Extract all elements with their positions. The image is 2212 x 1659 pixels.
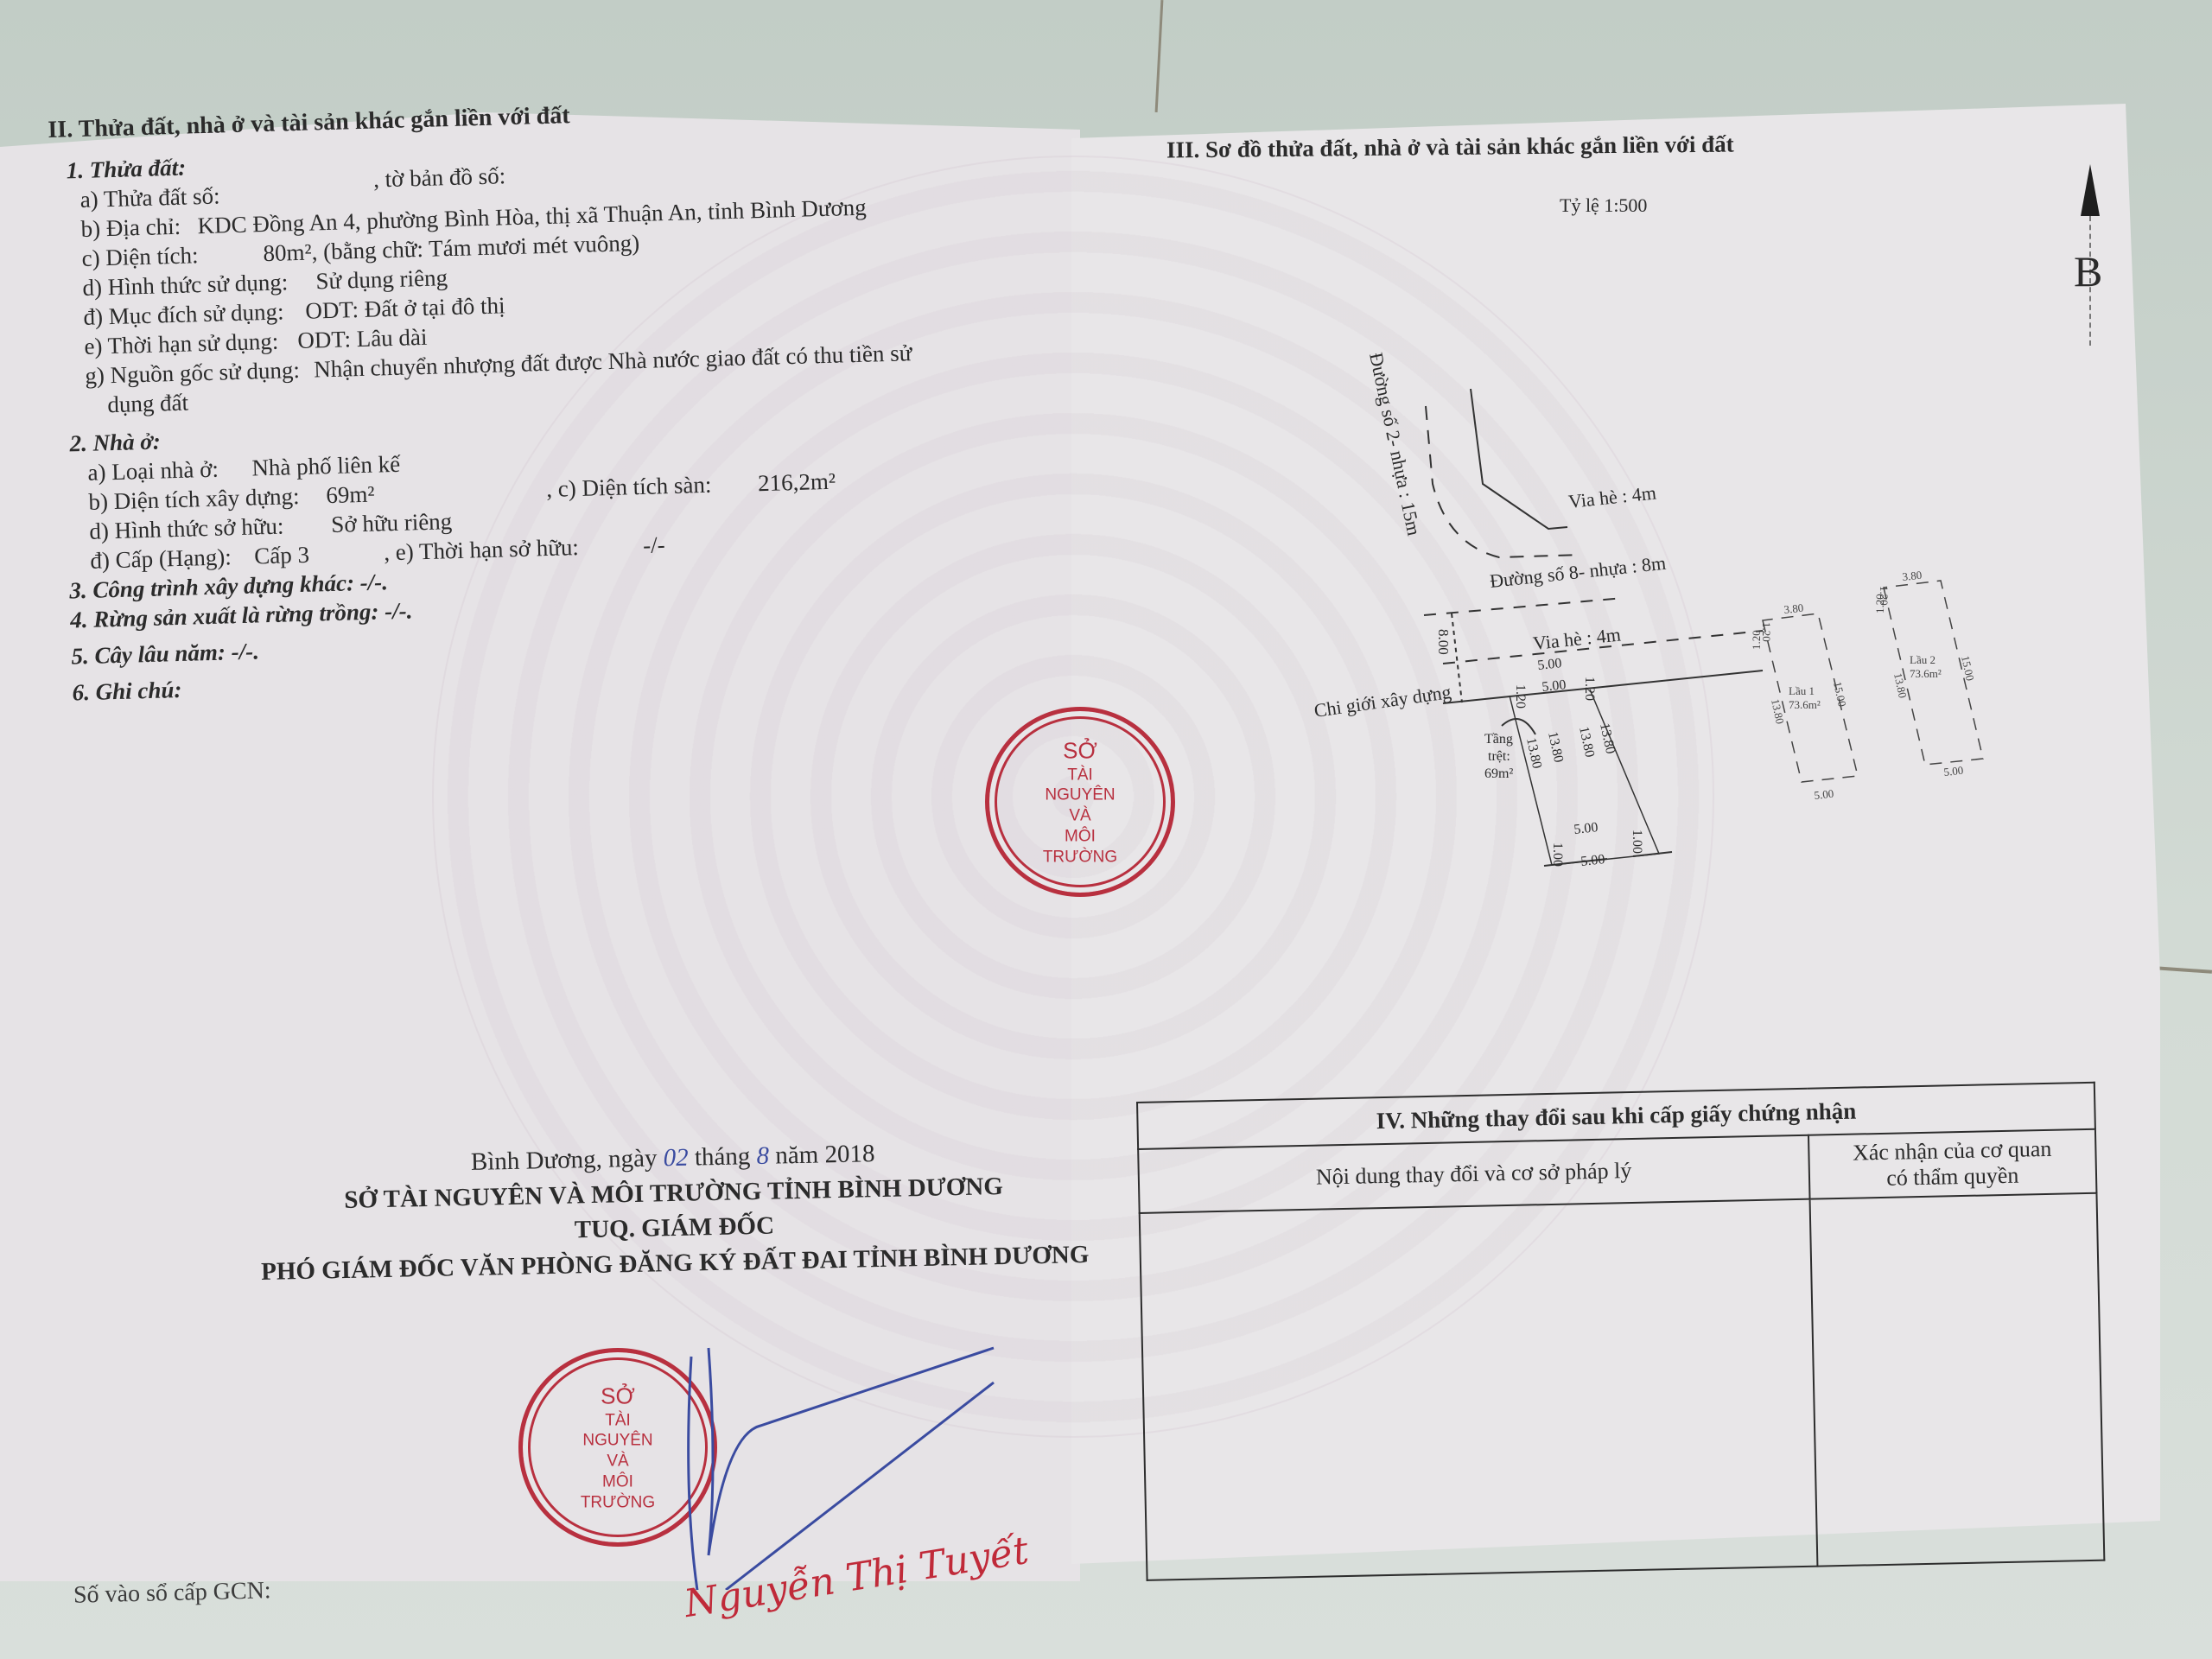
building-line-label: Chi giới xây dựng <box>1313 681 1452 721</box>
dim: 1.20 <box>1513 684 1528 709</box>
date-year: năm 2018 <box>775 1140 875 1169</box>
floor-area-label: , c) Diện tích sàn: <box>546 472 712 503</box>
setback-dim: 8.00 <box>1435 629 1452 655</box>
col2-line2: có thẩm quyền <box>1886 1163 2019 1191</box>
floor2-label: Lầu 2 <box>1910 653 1935 666</box>
north-arrow-icon <box>2081 164 2100 216</box>
purpose-value: ODT: Đất ở tại đô thị <box>305 292 505 324</box>
signature-block: Bình Dương, ngày 02 tháng 8 năm 2018 SỞ … <box>214 1131 1133 1291</box>
gf-label-3: 69m² <box>1484 766 1513 781</box>
floor2-area: 73.6m² <box>1910 667 1942 680</box>
term-label: e) Thời hạn sử dụng: <box>84 328 279 360</box>
gf-label-1: Tầng <box>1484 732 1513 747</box>
month-label: tháng <box>695 1142 751 1171</box>
seal-line: SỞ <box>570 1382 665 1410</box>
dim: 5.00 <box>1814 787 1834 802</box>
area-label: c) Diện tích: <box>81 242 199 272</box>
dim: 1.20 <box>1873 594 1886 613</box>
authority-confirm-cell <box>1809 1193 2104 1567</box>
change-content-cell <box>1140 1199 1817 1580</box>
dim: 13.80 <box>1769 698 1787 726</box>
dim: 1.00 <box>1630 829 1644 854</box>
dim: 5.00 <box>1573 820 1599 837</box>
notes: 6. Ghi chú: <box>72 677 182 707</box>
use-form-label: d) Hình thức sử dụng: <box>82 269 289 302</box>
house-type-value: Nhà phố liên kế <box>251 451 401 482</box>
north-label: B <box>2074 246 2102 296</box>
ownership-label: d) Hình thức sở hữu: <box>89 513 284 545</box>
grade-value: Cấp 3 <box>254 542 310 570</box>
date-day: 02 <box>663 1144 689 1173</box>
house-heading: 2. Nhà ở: <box>69 429 161 458</box>
ownership-value: Sở hữu riêng <box>331 508 453 538</box>
seal-line: TÀI NGUYÊN VÀ <box>1035 765 1126 826</box>
floor1-label: Lầu 1 <box>1789 684 1815 697</box>
land-heading: 1. Thửa đất: <box>66 155 186 185</box>
house-type-label: a) Loại nhà ở: <box>87 456 219 486</box>
dim: 3.80 <box>1902 569 1923 583</box>
seal-line: TÀI NGUYÊN VÀ <box>570 1410 665 1471</box>
road-8-label: Đường số 8- nhựa : 8m <box>1489 552 1667 592</box>
dim: 13.80 <box>1597 721 1618 755</box>
address-label: b) Địa chỉ: <box>80 213 181 243</box>
dim: 13.80 <box>1576 725 1597 759</box>
perennial: 5. Cây lâu năm: -/-. <box>71 638 259 670</box>
road-2-label: Đường số 2- nhựa : 15m <box>1365 351 1425 537</box>
floor-area-value: 216,2m² <box>758 468 836 497</box>
grade-label: đ) Cấp (Hạng): <box>90 543 232 575</box>
sidewalk-lot-label: Via hè : 4m <box>1532 623 1622 654</box>
dim: 5.00 <box>1541 677 1567 695</box>
term-value: ODT: Lâu dài <box>297 324 428 354</box>
map-sheet-label: , tờ bản đồ số: <box>373 162 506 193</box>
dim: 1.00 <box>1550 842 1565 867</box>
map-scale: Tỷ lệ 1:500 <box>1560 194 1647 217</box>
col2-line1: Xác nhận của cơ quan <box>1853 1136 2052 1166</box>
own-term-label: , e) Thời hạn sở hữu: <box>384 534 579 566</box>
dim: 3.80 <box>1783 601 1804 616</box>
sidewalk-top-label: Via hè : 4m <box>1567 481 1657 512</box>
dim: 5.00 <box>1537 656 1563 673</box>
gf-label-2: trệt: <box>1488 749 1510 764</box>
dim: 5.00 <box>1580 852 1606 869</box>
parcel-diagram: Đường số 2- nhựa : 15m Đường số 8- nhựa … <box>1279 328 1987 899</box>
seal-center-text: SỞ TÀI NGUYÊN VÀ MÔI TRƯỜNG <box>1035 736 1126 867</box>
seal-line: MÔI TRƯỜNG <box>570 1471 665 1513</box>
official-seal-center: SỞ TÀI NGUYÊN VÀ MÔI TRƯỜNG <box>985 707 1175 897</box>
dim: 5.00 <box>1943 764 1964 779</box>
own-term-value: -/- <box>643 531 665 559</box>
purpose-label: đ) Mục đích sử dụng: <box>83 298 284 330</box>
dim: 13.80 <box>1545 730 1566 764</box>
seal-sig-text: SỞ TÀI NGUYÊN VÀ MÔI TRƯỜNG <box>570 1382 665 1512</box>
dim: 15.00 <box>1831 681 1849 709</box>
origin-value-cont: dụng đất <box>107 390 189 419</box>
registry-number-label: Số vào sổ cấp GCN: <box>73 1577 271 1610</box>
north-arrow: B <box>2074 164 2108 354</box>
seal-line: MÔI TRƯỜNG <box>1035 826 1126 868</box>
built-area-value: 69m² <box>326 481 375 510</box>
col-authority-confirm: Xác nhận của cơ quancó thẩm quyền <box>1808 1129 2097 1199</box>
changes-table: IV. Những thay đổi sau khi cấp giấy chứn… <box>1136 1082 2105 1581</box>
dim: 15.00 <box>1959 655 1977 683</box>
floor1-area: 73.6m² <box>1789 698 1821 711</box>
dim: 1.20 <box>1750 630 1763 650</box>
dim: 1.20 <box>1582 677 1597 701</box>
dim: 13.80 <box>1891 672 1910 700</box>
date-month: 8 <box>756 1142 769 1170</box>
use-form-value: Sử dụng riêng <box>315 264 448 295</box>
seal-line: SỞ <box>1035 736 1126 765</box>
parcel-no-label: a) Thửa đất số: <box>79 182 220 213</box>
place-date-prefix: Bình Dương, ngày <box>471 1144 658 1176</box>
